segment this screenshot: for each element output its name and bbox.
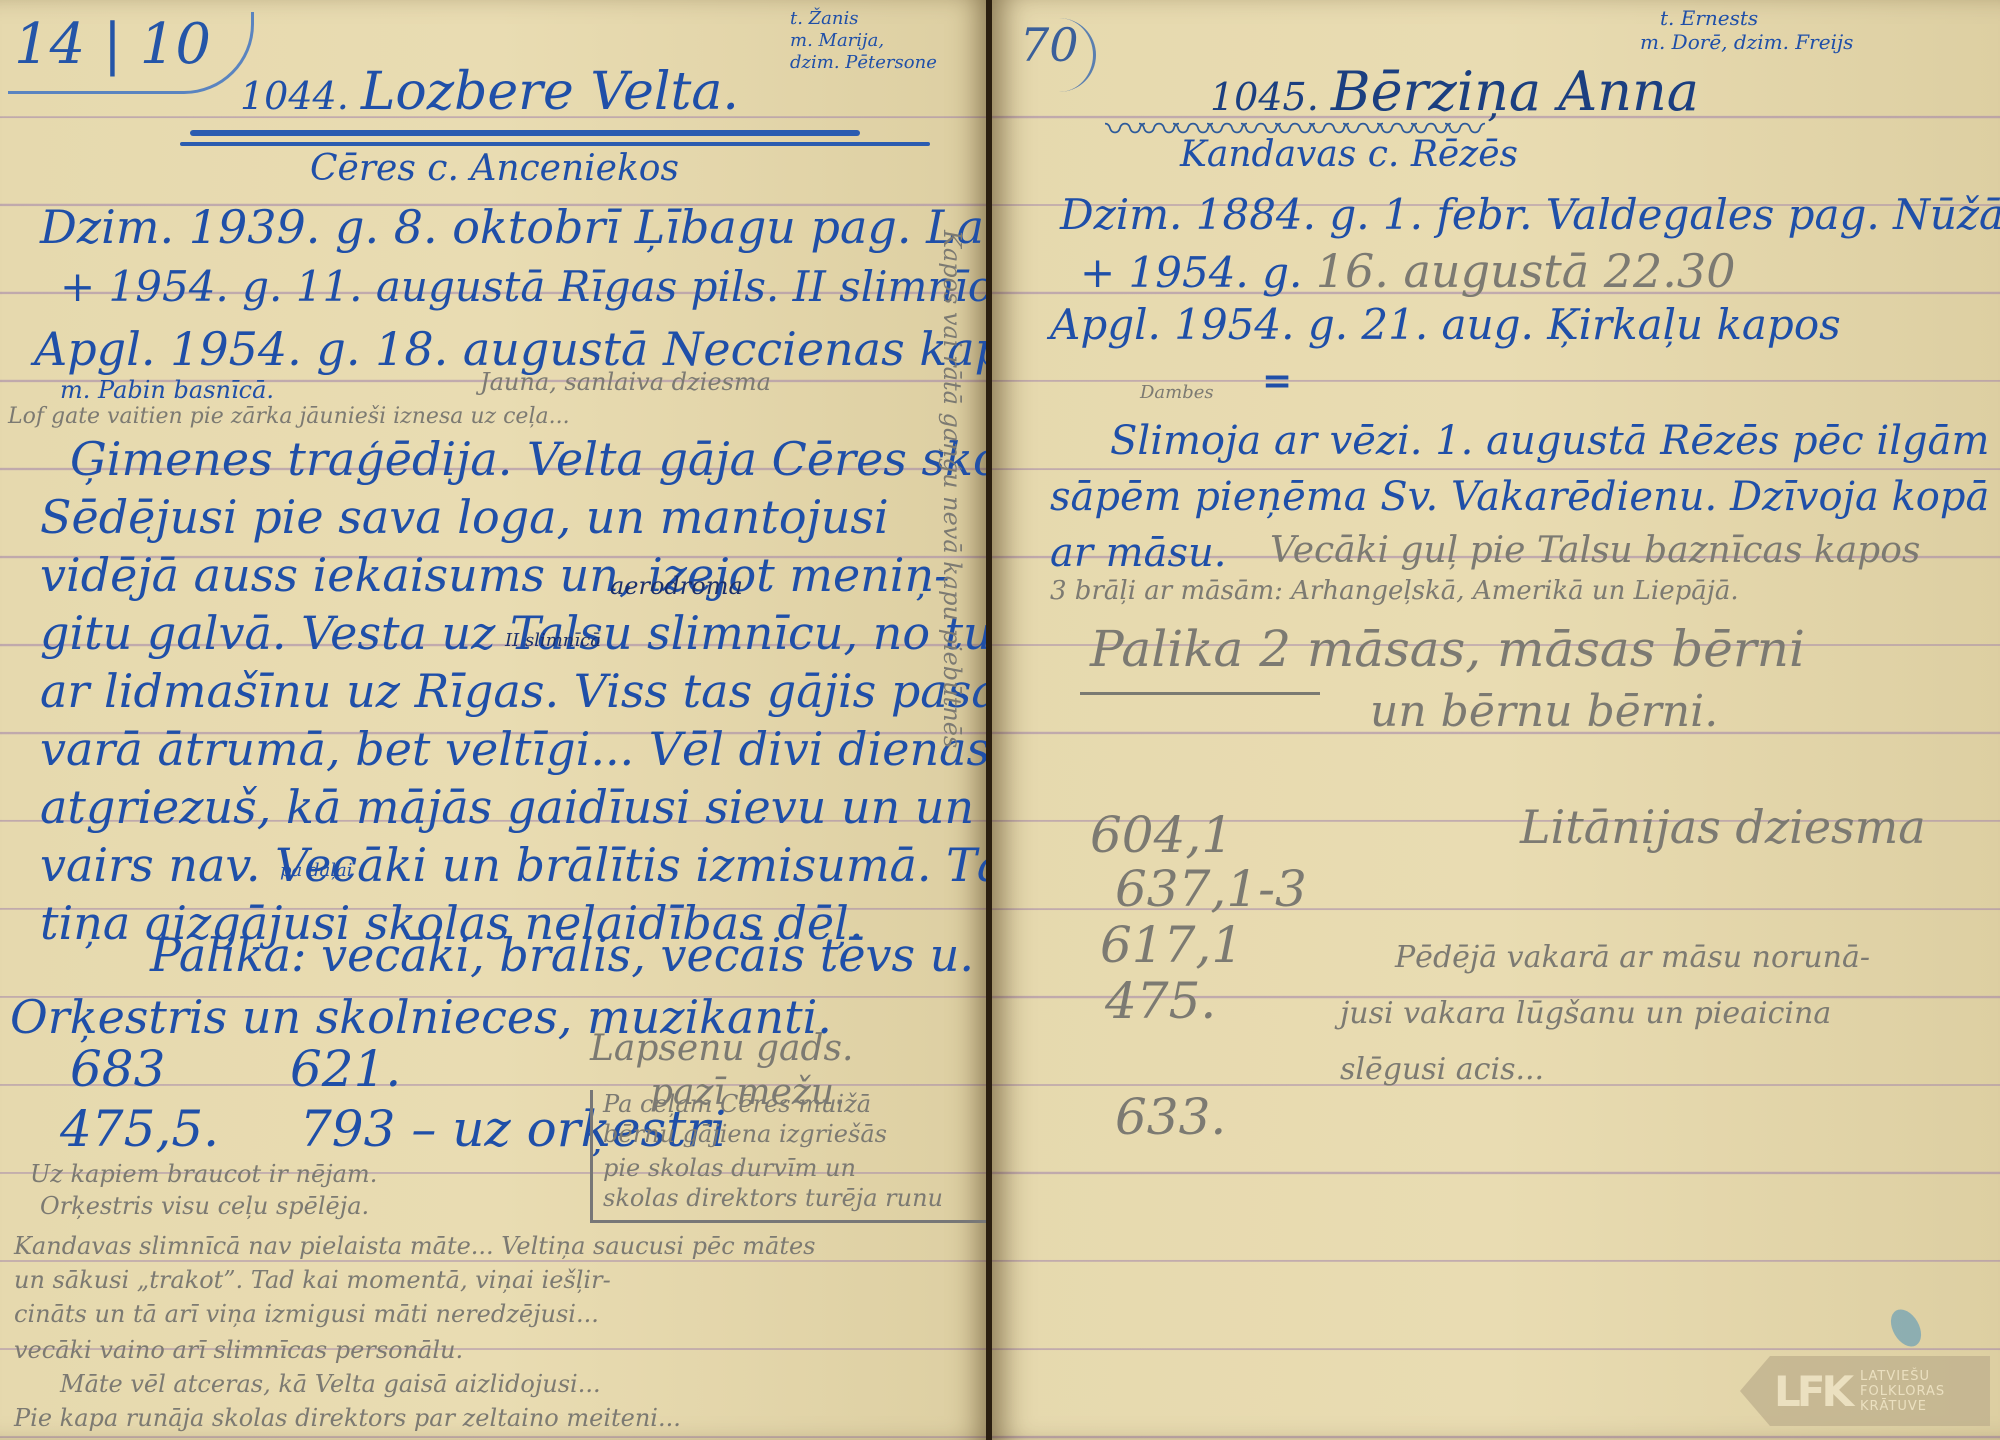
lfk-logo-icon: LFK <box>1774 1367 1850 1416</box>
pencil-story-line: 3 brāļi ar māsām: Arhangeļskā, Amerikā u… <box>1050 576 1739 606</box>
boxed-note-line: Pa ceļam Cēres muižā <box>603 1090 871 1118</box>
pastor-note: m. Pabin basnīcā. <box>60 376 274 404</box>
archive-watermark-logo: LFK LATVIEŠU FOLKLORAS KRĀTUVE <box>1740 1356 1990 1426</box>
death-line: + 1954. g. 11. augustā Rīgas pils. II sl… <box>60 262 1016 311</box>
survivors-right: Palika 2 māsas, māsas bērni <box>1090 620 1805 678</box>
burial-line-right: Apgl. 1954. g. 21. aug. Ķirkaļu kapos <box>1050 300 1841 349</box>
watermark-text: LATVIEŠU FOLKLORAS KRĀTUVE <box>1860 1369 1945 1414</box>
pencil-closing-line: Pēdējā vakarā ar māsu norunā- <box>1395 940 1870 975</box>
pencil-story-line: Vecāki guļ pie Talsu baznīcas kapos <box>1270 530 1920 571</box>
song-number: 637,1-3 <box>1115 860 1307 918</box>
equals-sign: = <box>1262 360 1292 402</box>
father-name: t. Žanis <box>790 8 937 30</box>
story-line: varā ātrumā, bet veltīgi... Vēl divi die… <box>40 722 990 776</box>
entry-number: 1044. <box>240 74 349 118</box>
watermark-line: KRĀTUVE <box>1860 1399 1945 1414</box>
story-line: atgriezuš, kā mājās gaidīusi sievu un un… <box>40 780 1086 834</box>
birth-line-right: Dzim. 1884. g. 1. febr. Valdegales pag. … <box>1060 190 2000 239</box>
pencil-small-note: Dambes <box>1140 382 1214 403</box>
story-line: Slimoja ar vēzi. 1. augustā Rēzēs pēc il… <box>1110 418 1989 464</box>
margin-vertical-note: Kapos vai rātā gaņģu nevā kapu piebūtnēs <box>938 230 966 930</box>
death-date-pencil: 16. augustā 22.30 <box>1316 244 1736 298</box>
death-line-right: + 1954. g. 16. augustā 22.30 <box>1080 244 1735 298</box>
title-underline <box>190 130 860 136</box>
pencil-line: Kandavas slimnīcā nav pielaista māte... … <box>14 1232 816 1260</box>
parents-note: t. Žanis m. Marija, dzim. Pētersone <box>790 8 937 74</box>
insert-hospital: II slimnīcā <box>505 630 601 651</box>
pencil-line: Pie kapa runāja skolas direktors par zel… <box>14 1404 681 1432</box>
insert-partly: pa daļai <box>280 860 352 881</box>
survivors-right-2: un bērnu bērni. <box>1370 686 1718 737</box>
father-name: t. Ernests <box>1640 6 1853 30</box>
left-notebook-page: 14 | 10 t. Žanis m. Marija, dzim. Pēters… <box>0 0 990 1440</box>
mother-name: m. Dorē, dzim. Freijs <box>1640 30 1853 54</box>
story-line: sāpēm pieņēma Sv. Vakarēdienu. Dzīvoja k… <box>1050 474 1989 520</box>
song-number: 604,1 <box>1090 806 1233 864</box>
location: Cēres c. Anceniekos <box>310 148 679 189</box>
song-number: 621. <box>290 1040 401 1098</box>
boxed-note-line: pie skolas durvīm un <box>603 1154 856 1182</box>
song-number: 475. <box>1105 972 1216 1030</box>
boxed-note-line: skolas direktors turēja runu <box>603 1184 943 1212</box>
parents-note-right: t. Ernests m. Dorē, dzim. Freijs <box>1640 6 1853 54</box>
location-right: Kandavas c. Rēzēs <box>1180 134 1518 175</box>
pencil-rule <box>1080 692 1320 695</box>
story-line: ar māsu. <box>1050 530 1226 576</box>
song-number: 683 <box>70 1040 165 1098</box>
deceased-name: Lozbere Velta. <box>361 62 739 122</box>
pencil-note: Lapsenu gads. <box>590 1028 853 1069</box>
title-underline-2 <box>180 142 930 146</box>
story-line: Sēdējusi pie sava loga, un mantojusi <box>40 490 889 544</box>
boxed-note: Pa ceļam Cēres muižā bērnu gājiena izgri… <box>590 1090 988 1223</box>
song-number: 475,5. <box>60 1100 219 1158</box>
watermark-line: LATVIEŠU <box>1860 1369 1945 1384</box>
insert-aerodrome: aerodroma <box>610 572 743 600</box>
pencil-closing-line: slēgusi acis... <box>1340 1052 1544 1087</box>
pencil-line: un sākusi „trakot”. Tad kai momentā, viņ… <box>14 1266 611 1294</box>
boxed-note-line: bērnu gājiena izgriešās <box>603 1120 887 1148</box>
archive-reference-number: 14 | 10 <box>8 12 254 94</box>
mother-maiden-name: dzim. Pētersone <box>790 52 937 74</box>
mother-name: m. Marija, <box>790 30 937 52</box>
pencil-line: Māte vēl atceras, kā Velta gaisā aizlido… <box>60 1370 601 1398</box>
story-line: vidējā auss iekaisums un, izejot meniņ- <box>40 548 950 602</box>
pencil-closing-line: jusi vakara lūgšanu un pieaicina <box>1340 996 1831 1031</box>
watermark-line: FOLKLORAS <box>1860 1384 1945 1399</box>
story-line: Ģimenes traģēdija. Velta gāja Cēres skol… <box>70 432 1057 486</box>
death-year: + 1954. g. <box>1080 248 1302 297</box>
pencil-line: Orķestris visu ceļu spēlēja. <box>40 1192 369 1220</box>
pencil-line: Uz kapiem braucot ir nējam. <box>30 1160 377 1188</box>
pencil-line: cināts un tā arī viņa izmigusi māti nere… <box>14 1300 599 1328</box>
song-title: Litānijas dziesma <box>1520 800 1926 854</box>
pencil-note-song: Jauna, sanlaiva dziesma <box>480 368 771 396</box>
pencil-line: vecāki vaino arī slimnīcas personālu. <box>14 1336 463 1364</box>
story-line: ar lidmašīnu uz Rīgas. Viss tas gājis pa… <box>40 664 1014 718</box>
pencil-note-grave: Lof gate vaitien pie zārka jāunieši izne… <box>8 404 570 429</box>
page-number: 70 <box>1020 18 1096 92</box>
song-number: 617,1 <box>1100 916 1243 974</box>
song-number: 633. <box>1115 1088 1226 1146</box>
entry-heading: 1044. Lozbere Velta. <box>240 62 739 122</box>
